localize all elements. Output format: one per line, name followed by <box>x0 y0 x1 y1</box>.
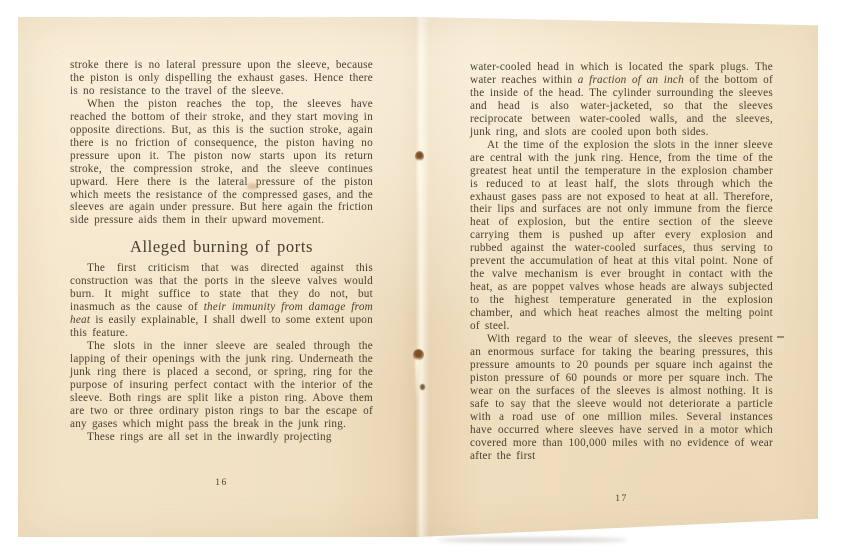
page-edge-shadow <box>438 538 628 542</box>
paragraph: water-cooled head in which is located th… <box>470 61 773 139</box>
page-number-right: 17 <box>470 494 773 504</box>
page-number-left: 16 <box>70 478 373 488</box>
right-page-text: water-cooled head in which is located th… <box>470 61 773 463</box>
fold-highlight-streak-top <box>417 160 421 215</box>
paper-smudge <box>247 183 258 190</box>
paragraph: The first criticism that was directed ag… <box>70 262 373 340</box>
fold-highlight-streak-bottom <box>415 359 419 401</box>
left-page-text: stroke there is no lateral pressure upon… <box>70 59 373 444</box>
section-heading: Alleged burning of ports <box>70 237 373 256</box>
ink-speck <box>420 384 425 390</box>
paragraph: At the time of the explosion the slots i… <box>470 139 773 333</box>
paragraph: With regard to the wear of sleeves, the … <box>470 333 773 463</box>
book-spread: stroke there is no lateral pressure upon… <box>18 17 818 537</box>
paragraph: When the piston reaches the top, the sle… <box>70 98 373 228</box>
margin-mark <box>777 336 784 338</box>
paragraph: These rings are all set in the inwardly … <box>70 431 373 444</box>
paragraph: stroke there is no lateral pressure upon… <box>70 59 373 98</box>
paragraph: The slots in the inner sleeve are sealed… <box>70 340 373 431</box>
